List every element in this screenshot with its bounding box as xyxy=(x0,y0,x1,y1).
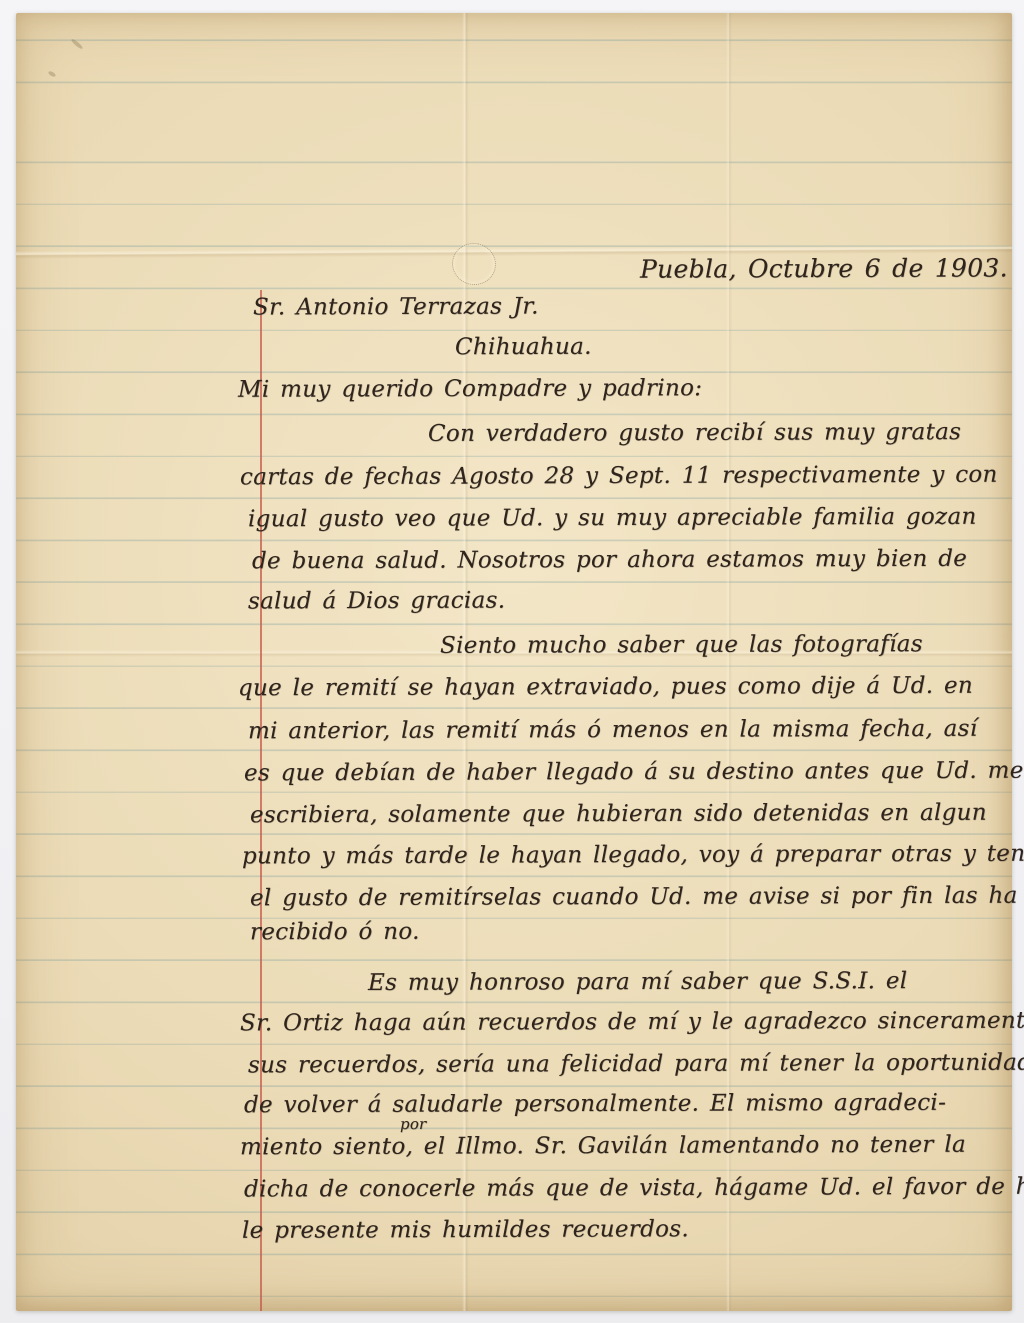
letter-body-line: que le remití se hayan extraviado, pues … xyxy=(238,675,973,701)
letter-body-line: igual gusto veo que Ud. y su muy aprecia… xyxy=(248,506,977,532)
letter-body-line: Es muy honroso para mí saber que S.S.I. … xyxy=(368,970,907,995)
letter-body-line: miento siento, el Illmo. Sr. Gavilán lam… xyxy=(240,1134,966,1160)
letter-body-line: mi anterior, las remití más ó menos en l… xyxy=(248,718,977,744)
letter-body-line: de volver á saludarle personalmente. El … xyxy=(244,1092,946,1117)
recipient-place-line: Chihuahua. xyxy=(455,336,592,359)
letter-body-line: cartas de fechas Agosto 28 y Sept. 11 re… xyxy=(240,464,998,490)
dateline: Puebla, Octubre 6 de 1903. xyxy=(640,255,1008,281)
letter-body-line: sus recuerdos, sería una felicidad para … xyxy=(248,1052,1024,1078)
letter-body-line: Siento mucho saber que las fotografías xyxy=(440,633,923,658)
letter-body-line: escribiera, solamente que hubieran sido … xyxy=(250,802,987,828)
letter-body-line: dicha de conocerle más que de vista, hág… xyxy=(244,1176,1024,1202)
letter-body-line: punto y más tarde le hayan llegado, voy … xyxy=(242,843,1024,869)
letter-body-line: Sr. Ortiz haga aún recuerdos de mí y le … xyxy=(240,1010,1024,1036)
letter-body-line: Con verdadero gusto recibí sus muy grata… xyxy=(428,421,961,446)
letter-body-line: le presente mis humildes recuerdos. xyxy=(242,1218,689,1243)
letter-body-line: salud á Dios gracias. xyxy=(248,590,505,614)
letter-body-line: el gusto de remitírselas cuando Ud. me a… xyxy=(250,885,1018,911)
recipient-line: Sr. Antonio Terrazas Jr. xyxy=(253,296,539,320)
salutation-line: Mi muy querido Compadre y padrino: xyxy=(238,377,702,402)
letter-body-line: de buena salud. Nosotros por ahora estam… xyxy=(252,548,967,573)
letter-body-line: recibido ó no. xyxy=(250,921,420,945)
interlinear-insertion: por xyxy=(400,1117,426,1132)
letter-body-line: es que debían de haber llegado á su dest… xyxy=(244,760,1024,786)
